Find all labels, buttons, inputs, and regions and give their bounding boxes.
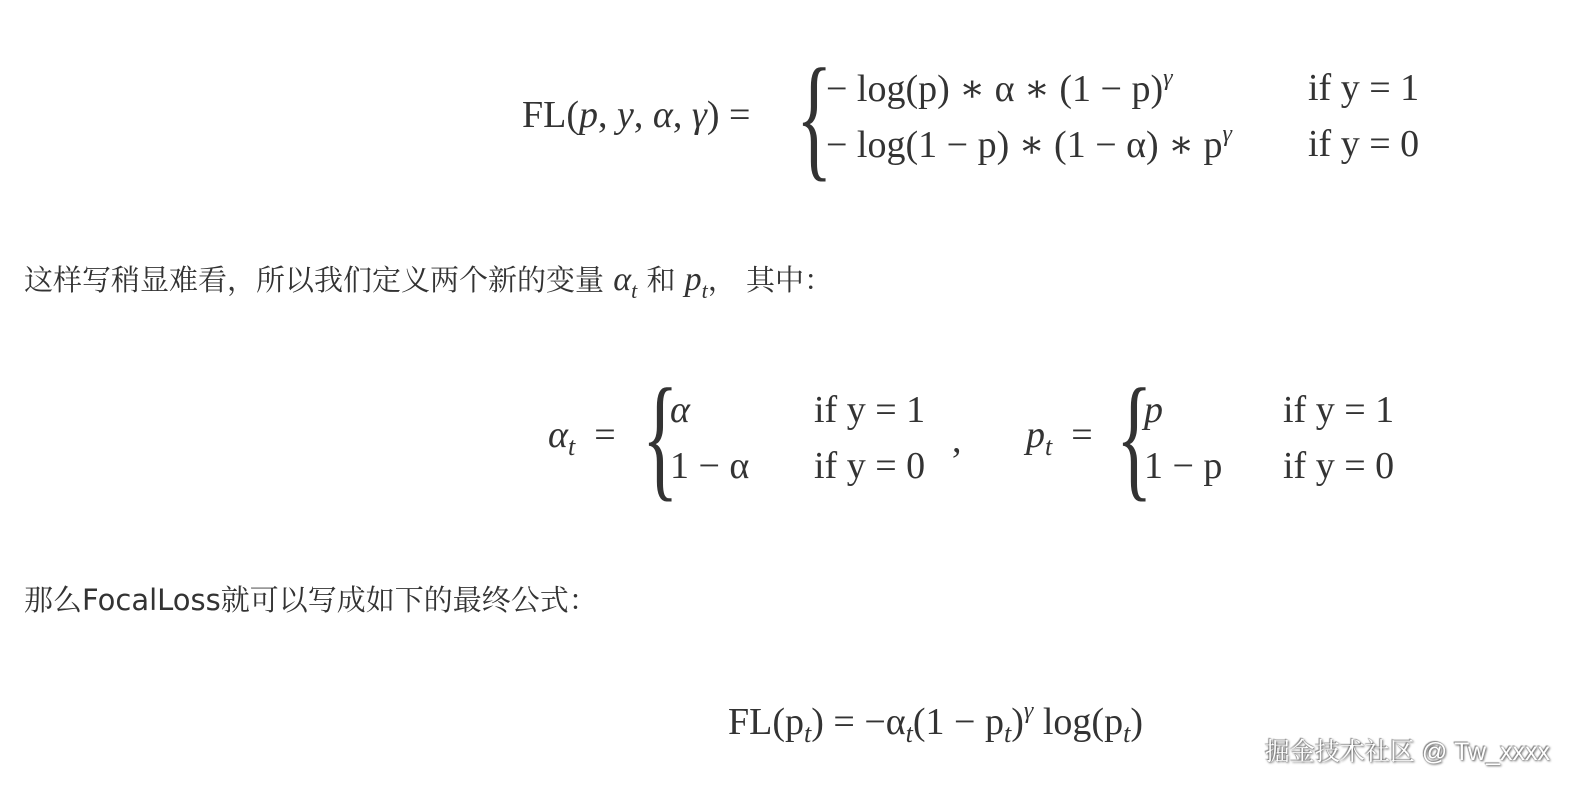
case2-expr: − log(1 − p) ∗ (1 − α) ∗ p	[826, 124, 1223, 166]
paragraph1-text-after: ， 其中：	[708, 263, 833, 297]
paragraph-final-formula-intro: 那么FocalLoss就可以写成如下的最终公式：	[24, 578, 598, 619]
p-t-case2-cond: if y = 0	[1283, 444, 1394, 488]
p-t-case2-expr: 1 − p	[1144, 444, 1222, 488]
equation1-case1-condition: if y = 1	[1308, 66, 1419, 110]
focal-loss-final-equation: FL(pt) = −αt(1 − pt)γ log(pt)	[728, 700, 1143, 744]
equation1-case1: − log(p) ∗ α ∗ (1 − p)γ	[826, 66, 1173, 111]
alpha-t-case1-cond: if y = 1	[814, 388, 925, 432]
var-alpha-t: αt	[613, 261, 637, 298]
alpha-t-case2-expr: 1 − α	[670, 444, 749, 488]
p-t-case1-expr: p	[1144, 388, 1163, 432]
equation1-lhs: FL(p, y, α, γ) =	[522, 93, 750, 137]
p-t-lhs: pt =	[1026, 413, 1093, 457]
equation-separator: ,	[952, 418, 962, 462]
p-t-case1-cond: if y = 1	[1283, 388, 1394, 432]
paragraph-define-variables: 这样写稍显难看，所以我们定义两个新的变量 αt 和 pt， 其中：	[24, 258, 833, 299]
alpha-t-lhs: αt =	[548, 413, 616, 457]
var-p-t: pt	[685, 261, 708, 298]
alpha-t-case2-cond: if y = 0	[814, 444, 925, 488]
watermark: 掘金技术社区 @ Tw_xxxx	[1265, 732, 1550, 768]
paragraph1-text-before: 这样写稍显难看，所以我们定义两个新的变量	[24, 263, 604, 297]
equation1-case2-condition: if y = 0	[1308, 122, 1419, 166]
alpha-t-case1-expr: α	[670, 388, 690, 432]
case1-expr: − log(p) ∗ α ∗ (1 − p)	[826, 68, 1163, 110]
paragraph1-text-mid: 和	[646, 263, 675, 297]
equation1-case2: − log(1 − p) ∗ (1 − α) ∗ pγ	[826, 122, 1232, 167]
